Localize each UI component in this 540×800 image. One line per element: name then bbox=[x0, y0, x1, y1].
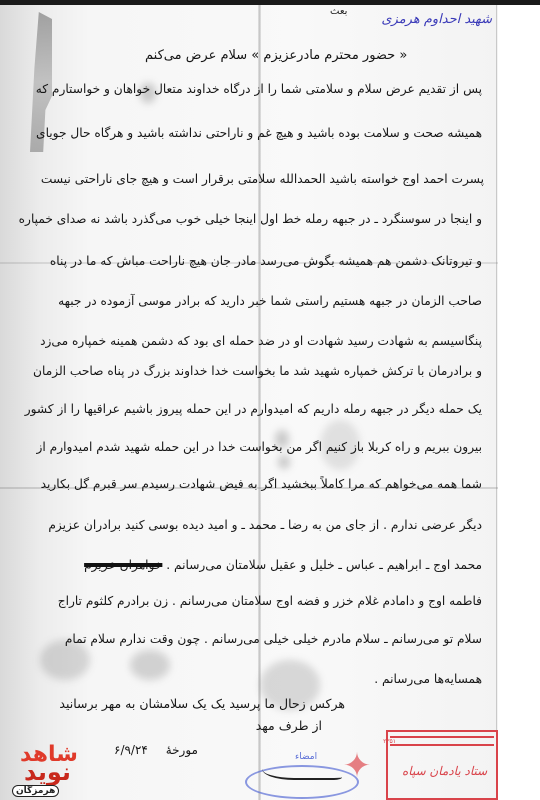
date-label: مورخهٔ bbox=[166, 743, 198, 757]
letter-line: و برادرمان با ترکش خمپاره شهید شد ما بخو… bbox=[33, 364, 482, 378]
letter-line: و تیروتانک دشمن هم همیشه بگوش می‌رسد ماد… bbox=[50, 254, 482, 268]
letter-line: محمد اوج ـ ابراهیم ـ عباس ـ خلیل و عقیل … bbox=[84, 558, 482, 572]
letter-line: شما همه می‌خواهم که مرا کاملاً ببخشید اگ… bbox=[41, 477, 482, 491]
letter-line: همسایه‌ها می‌رسانم . bbox=[374, 672, 482, 686]
red-stamp-rule bbox=[390, 736, 494, 738]
watermark-logo: شاهد نوید هرمزگان bbox=[8, 745, 72, 800]
ink-stain bbox=[40, 640, 90, 680]
closing-line: هرکس زحال ما پرسید یک یک سلامشان به مهر … bbox=[59, 696, 345, 711]
from-line: از طرف مهد bbox=[256, 718, 322, 733]
red-emblem-icon: ✦ bbox=[340, 740, 374, 792]
letter-line: و اینجا در سوسنگرد ـ در جبهه رمله خط اول… bbox=[19, 212, 482, 226]
letter-line: صاحب الزمان در جبهه هستیم راستی شما خبر … bbox=[58, 294, 482, 308]
letter-salutation: « حضور محترم مادرعزیزم » سلام عرض می‌کنم bbox=[145, 48, 407, 63]
ink-stain bbox=[278, 455, 290, 469]
struck-out-text: خواهران عزیزم bbox=[84, 558, 162, 572]
date-value: ۶/۹/۲۴ bbox=[114, 743, 148, 757]
letter-line: پس از تقدیم عرض سلام و سلامتی شما را از … bbox=[36, 82, 482, 96]
logo-subtitle: هرمزگان bbox=[12, 785, 59, 797]
letter-date: مورخهٔ ۶/۹/۲۴ bbox=[100, 743, 198, 757]
scan-right-margin bbox=[498, 5, 540, 800]
letter-line: پنگاسیسم به شهادت رسید شهادت او در ضد حم… bbox=[40, 334, 482, 348]
letter-line: یک حمله دیگر در جبهه رمله داریم که امیدو… bbox=[25, 402, 482, 416]
header-mark: بعث bbox=[330, 6, 347, 17]
letter-line: سلام تو می‌رسانم ـ سلام مادرم خیلی خیلی … bbox=[65, 632, 482, 646]
letter-line: همیشه صحت و سلامت بوده باشید و هیچ غم و … bbox=[36, 126, 482, 140]
red-stamp-text: ستاد یادمان سپاه bbox=[402, 764, 487, 778]
letter-line-text: محمد اوج ـ ابراهیم ـ عباس ـ خلیل و عقیل … bbox=[166, 558, 482, 572]
red-stamp: ستاد یادمان سپاه bbox=[386, 730, 498, 800]
ink-stain bbox=[130, 650, 170, 680]
paper-right-edge bbox=[496, 5, 497, 800]
red-stamp-rule bbox=[390, 744, 494, 746]
letter-line: فاطمه اوج و دامادم غلام خزر و فضه اوج سل… bbox=[58, 594, 482, 608]
margin-annotation: شهید احداوم هرمزی bbox=[381, 12, 492, 27]
letter-line: پسرت احمد اوج خواسته باشید الحمدالله سلا… bbox=[41, 172, 484, 186]
letter-line: بیرون ببریم و راه کربلا باز کنیم اگر من … bbox=[37, 440, 482, 454]
letter-line: دیگر عرضی ندارم . از جای من به رضا ـ محم… bbox=[48, 518, 482, 532]
logo-line-2: نوید bbox=[24, 761, 71, 783]
